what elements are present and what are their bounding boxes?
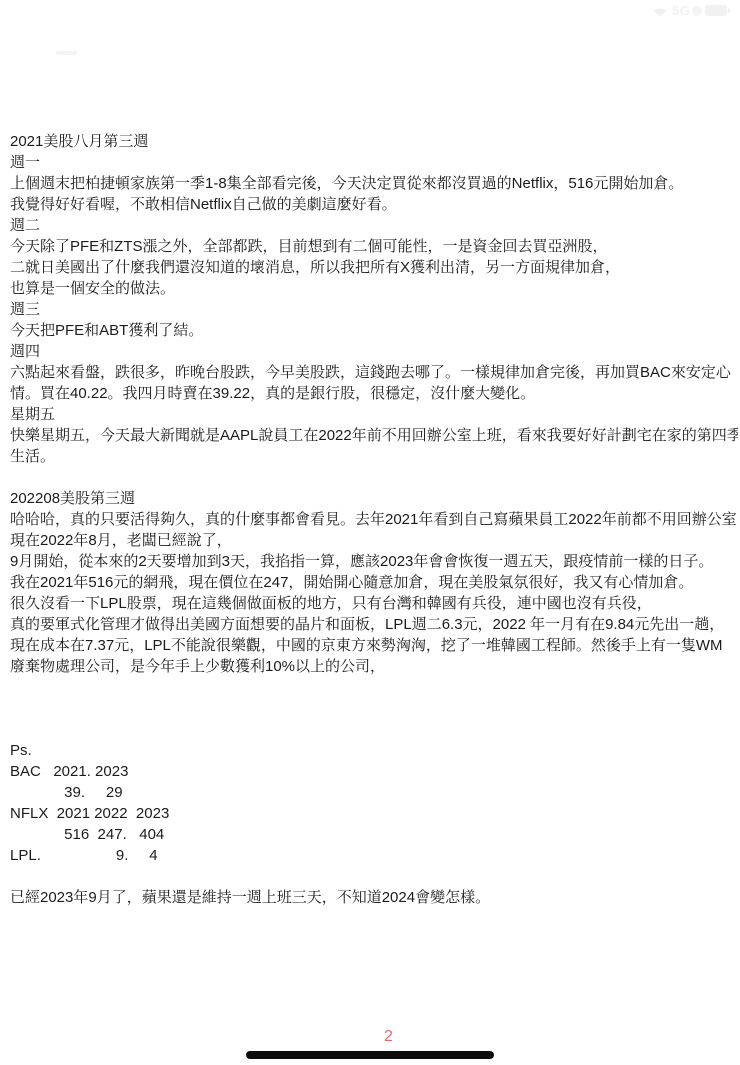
note-line: 已經2023年9月了，蘋果還是維持一週上班三天，不知道2024會變怎樣。 bbox=[10, 887, 738, 908]
note-line: 今天把PFE和ABT獲利了結。 bbox=[10, 320, 738, 341]
home-indicator[interactable] bbox=[246, 1051, 494, 1059]
note-line: 現在成本在7.37元，LPL不能說很樂觀，中國的京東方來勢洶洶，挖了一堆韓國工程… bbox=[10, 635, 738, 656]
note-line: 二就日美國出了什麼我們還沒知道的壞消息，所以我把所有X獲利出清，另一方面規律加倉… bbox=[10, 257, 738, 278]
status-circle-icon bbox=[692, 6, 702, 16]
note-line: 廢棄物處理公司，是今年手上少數獲利10%以上的公司， bbox=[10, 656, 738, 677]
note-line: 39. 29 bbox=[10, 782, 738, 803]
note-line: 哈哈哈，真的只要活得夠久，真的什麼事都會看見。去年2021年看到自己寫蘋果員工2… bbox=[10, 509, 738, 530]
note-line: 現在2022年8月，老闆已經說了， bbox=[10, 530, 738, 551]
battery-icon bbox=[705, 5, 727, 16]
note-line: 我在2021年516元的網飛，現在價位在247，開始開心隨意加倉，現在美股氣氛很… bbox=[10, 572, 738, 593]
battery-tip-icon bbox=[728, 8, 730, 13]
note-line-blank bbox=[10, 677, 738, 698]
note-line: 516 247. 404 bbox=[10, 824, 738, 845]
note-line-blank bbox=[10, 866, 738, 887]
note-line: 202208美股第三週 bbox=[10, 488, 738, 509]
note-line: 情。買在40.22。我四月時賣在39.22，真的是銀行股，很穩定，沒什麼大變化。 bbox=[10, 383, 738, 404]
note-line: 上個週末把柏捷頓家族第一季1-8集全部看完後，今天決定買從來都沒買過的Netfl… bbox=[10, 173, 738, 194]
page-number: 2 bbox=[384, 1028, 393, 1046]
note-line: BAC 2021. 2023 bbox=[10, 761, 738, 782]
wifi-icon bbox=[652, 6, 668, 18]
note-line: 2021美股八月第三週 bbox=[10, 131, 738, 152]
reading-page: { "status_bar": { "network_label": "5G",… bbox=[0, 0, 740, 1065]
note-line: 快樂星期五，今天最大新聞就是AAPL說員工在2022年前不用回辦公室上班，看來我… bbox=[10, 425, 738, 446]
faint-ui-remnant bbox=[56, 51, 77, 55]
note-line: NFLX 2021 2022 2023 bbox=[10, 803, 738, 824]
note-line: 我覺得好好看喔，不敢相信Netflix自己做的美劇這麼好看。 bbox=[10, 194, 738, 215]
note-line-blank bbox=[10, 467, 738, 488]
note-line: 9月開始，從本來的2天要增加到3天，我掐指一算，應該2023年會會恢復一週五天，… bbox=[10, 551, 738, 572]
note-line: 週三 bbox=[10, 299, 738, 320]
network-type-label: 5G bbox=[672, 3, 690, 18]
note-line-blank bbox=[10, 719, 738, 740]
note-line: 真的要軍式化管理才做得出美國方面想要的晶片和面板，LPL週二6.3元，2022 … bbox=[10, 614, 738, 635]
note-line: 星期五 bbox=[10, 404, 738, 425]
note-line: 很久沒看一下LPL股票，現在這幾個做面板的地方，只有台灣和韓國有兵役，連中國也沒… bbox=[10, 593, 738, 614]
note-line: Ps. bbox=[10, 740, 738, 761]
note-line: 六點起來看盤，跌很多，昨晚台股跌，今早美股跌，這錢跑去哪了。一樣規律加倉完後，再… bbox=[10, 362, 738, 383]
note-line: 也算是一個安全的做法。 bbox=[10, 278, 738, 299]
note-line: LPL. 9. 4 bbox=[10, 845, 738, 866]
note-line: 週二 bbox=[10, 215, 738, 236]
note-line: 今天除了PFE和ZTS漲之外，全部都跌，目前想到有二個可能性，一是資金回去買亞洲… bbox=[10, 236, 738, 257]
status-bar: 5G bbox=[0, 0, 740, 22]
note-line: 週四 bbox=[10, 341, 738, 362]
note-text: 2021美股八月第三週 週一 上個週末把柏捷頓家族第一季1-8集全部看完後，今天… bbox=[10, 131, 738, 908]
note-line: 週一 bbox=[10, 152, 738, 173]
note-line-blank bbox=[10, 698, 738, 719]
note-line: 生活。 bbox=[10, 446, 738, 467]
